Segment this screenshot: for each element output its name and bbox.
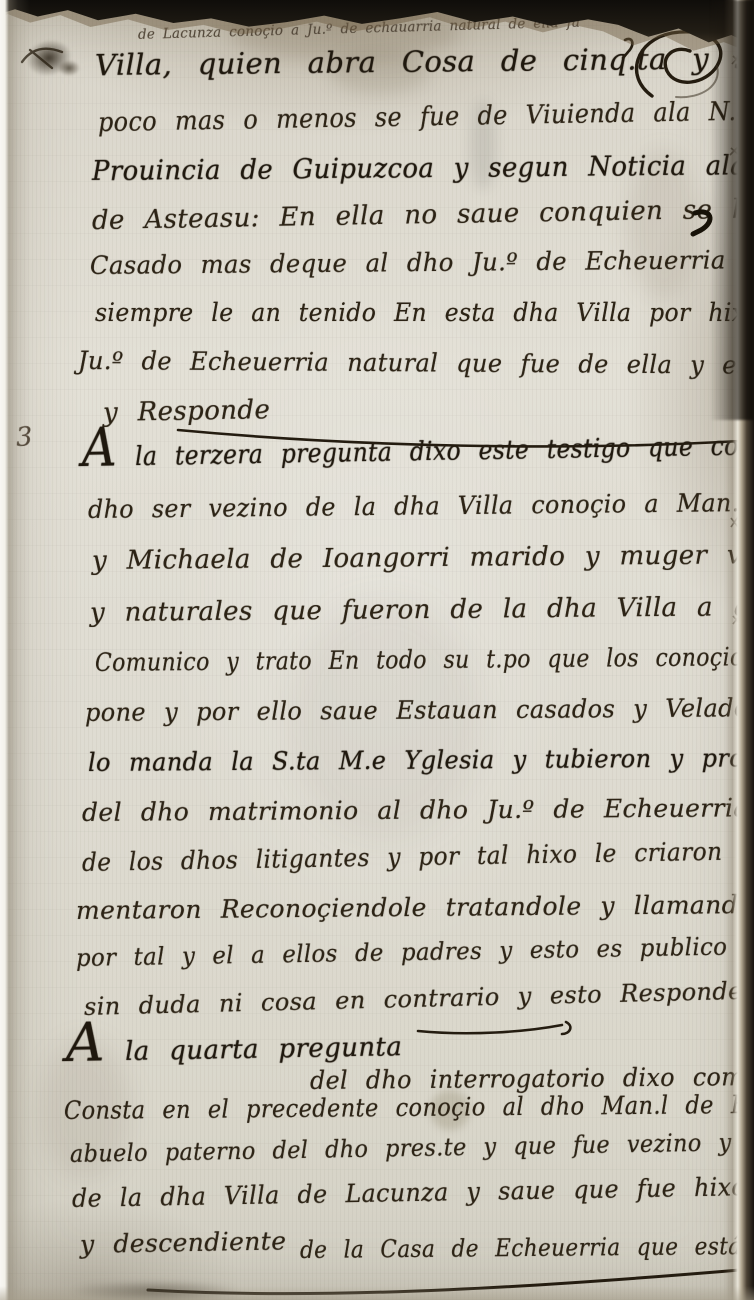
stitch-mark: [731, 517, 738, 527]
margin-question-number: 3: [15, 424, 34, 452]
manuscript-line: abuelo paterno del dho pres.te y que fue…: [70, 1129, 754, 1168]
manuscript-line: Ju.º de Echeuerria natural que fue de el…: [78, 348, 754, 380]
manuscript-line: por tal y el a ellos de padres y esto es…: [76, 932, 754, 971]
interlinear-note: de Lacunza conoçio a Ju.º de echauarria …: [138, 16, 581, 43]
manuscript-line: lo manda la S.ta M.e Yglesia y tubieron …: [88, 745, 754, 777]
manuscript-line: Villa, quien abra Cosa de cinq.ta y seis…: [95, 42, 754, 81]
manuscript-line: del dho matrimonio al dho Ju.º de Echeue…: [82, 795, 754, 827]
manuscript-line: Consta en el precedente conoçio al dho M…: [64, 1091, 754, 1124]
manuscript-line: sin duda ni cosa en contrario y esto Res…: [84, 979, 743, 1020]
ink-rule: [418, 1022, 570, 1034]
manuscript-line: y Michaela de Ioangorri marido y muger v…: [92, 542, 754, 576]
manuscript-line: y descendiente: [80, 1228, 287, 1258]
manuscript-line: Comunico y trato En todo su t.po que los…: [95, 643, 754, 676]
manuscript-line: Prouincia de Guipuzcoa y segun Noticia a…: [92, 152, 754, 187]
manuscript-line: dho ser vezino de la dha Villa conoçio a…: [88, 489, 754, 523]
manuscript-line: mentaron Reconoçiendole tratandole y lla…: [76, 892, 754, 924]
manuscript-line: A la terzera pregunta dixo este testigo …: [82, 431, 754, 472]
manuscript-line: de Asteasu: En ella no saue conquien se …: [92, 195, 754, 235]
manuscript-line: pone y por ello saue Estauan casados y V…: [85, 695, 754, 727]
manuscript-line: siempre le an tenido En esta dha Villa p…: [95, 300, 754, 326]
manuscript-line: y Responde: [103, 397, 271, 427]
manuscript-line: de la Casa de Echeuerria que está en la …: [300, 1233, 754, 1263]
manuscript-line: A la quarta pregunta: [66, 1034, 403, 1067]
ink-blot: [23, 36, 75, 81]
manuscript-page: de Lacunza conoçio a Ju.º de echauarria …: [0, 0, 754, 1300]
manuscript-line: y naturales que fueron de la dha Villa a…: [90, 593, 754, 627]
ink-rule: [148, 1270, 740, 1294]
manuscript-line: poco mas o menos se fue de Viuienda ala …: [98, 96, 754, 138]
pen-trial-mark: [22, 49, 62, 68]
ink-blot: [58, 60, 80, 76]
bottom-edge-shadow: [0, 1286, 754, 1300]
manuscript-line: Casado mas deque al dho Ju.º de Echeuerr…: [90, 247, 754, 280]
manuscript-line: de la dha Villa de Lacunza y saue que fu…: [72, 1172, 754, 1212]
bottom-smudge: [70, 1280, 240, 1300]
manuscript-line: de los dhos litigantes y por tal hixo le…: [82, 837, 754, 876]
left-page-edge: [0, 0, 30, 1300]
